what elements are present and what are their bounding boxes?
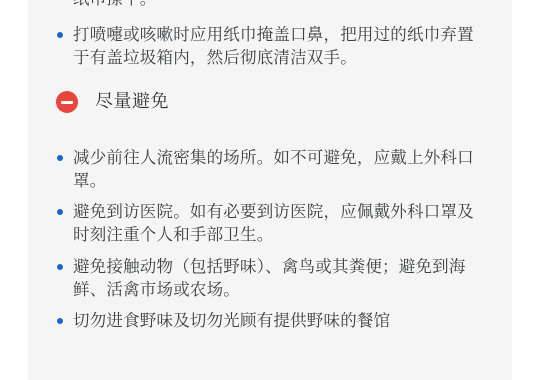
- list-item-text: 避免接触动物（包括野味）、禽鸟或其粪便；避免到海: [73, 256, 466, 278]
- bullet-icon: [57, 264, 63, 270]
- bullet-icon: [57, 209, 63, 215]
- bullet-icon: [57, 155, 63, 161]
- section-title: 尽量避免: [95, 90, 169, 114]
- list-item-text: 切勿进食野味及切勿光顾有提供野味的餐馆: [73, 310, 390, 320]
- list-item-text: 减少前往人流密集的场所。如不可避免，应戴上外科口: [73, 147, 474, 169]
- list-item-text: 罩。: [73, 170, 106, 192]
- list-item-text: 于有盖垃圾箱内，然后彻底清洁双手。: [73, 47, 357, 69]
- guidance-content: 纸巾擦干。 打喷嚏或咳嗽时应用纸巾掩盖口鼻，把用过的纸巾弃置 于有盖垃圾箱内，然…: [0, 0, 540, 320]
- list-item-text: 避免到访医院。如有必要到访医院，应佩戴外科口罩及: [73, 201, 474, 223]
- list-item-text: 鲜、活禽市场或农场。: [73, 279, 240, 301]
- previous-item-tail-text: 纸巾擦干。: [73, 0, 157, 10]
- list-item-text: 打喷嚏或咳嗽时应用纸巾掩盖口鼻，把用过的纸巾弃置: [73, 24, 474, 46]
- list-item-text: 时刻注重个人和手部卫生。: [73, 224, 273, 246]
- minus-circle-icon: [56, 91, 78, 113]
- bullet-icon: [57, 32, 63, 38]
